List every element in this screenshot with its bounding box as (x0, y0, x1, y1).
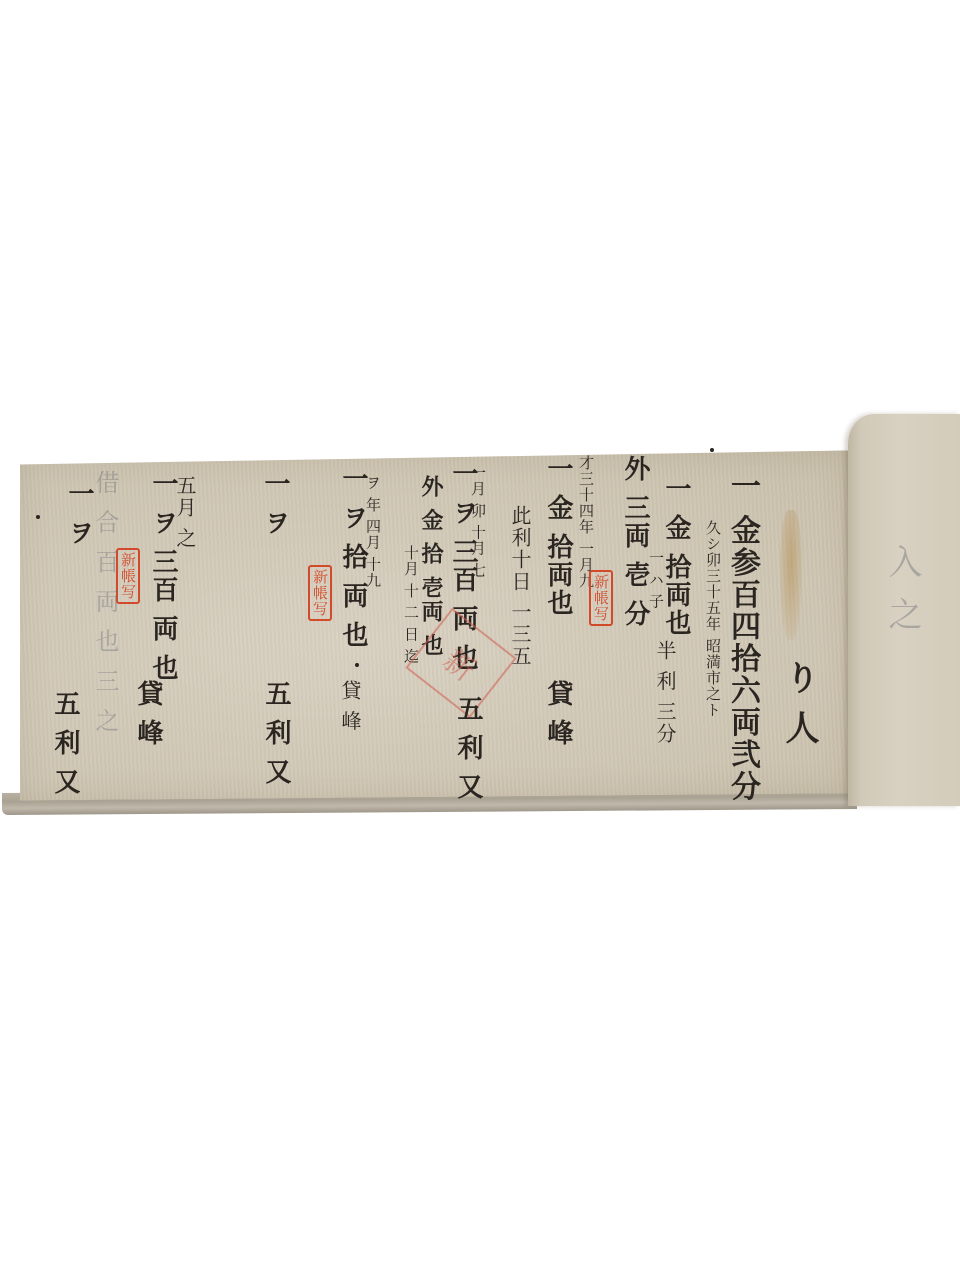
entry-1-note: 久シ卯三十五年 昭満市之ト (705, 520, 720, 718)
entry-4-note: 十月 十 二 日 迄 (403, 545, 418, 664)
entry-1-heading: 一 金参百四拾六両弐分 (727, 470, 757, 802)
entry-3-sub: 此利十日 一三五 (510, 505, 530, 667)
bleedthrough-text: 借 合 百 両 也 三 之 (88, 470, 123, 736)
facing-page-bleedthrough: 入 之 (878, 544, 927, 635)
entry-7-heading: 一 ヲ 三百 両 也 (150, 470, 176, 682)
ink-dot (36, 515, 40, 519)
ledger-book: 入 之 一 金参百四拾六両弐分 久シ卯三十五年 昭満市之ト り 人 一 金 拾両… (0, 0, 960, 1280)
entry-6-heading: 一 ヲ (262, 470, 288, 537)
entry-1-side: り 人 (782, 660, 816, 746)
entry-4-side: 五 利 又 (455, 695, 481, 801)
seal-shinchou-utsushi-right: 新帳写 (589, 570, 613, 626)
ink-dot (710, 448, 714, 452)
entry-3-heading: 一 金 拾両也 (545, 455, 571, 617)
seal-shinchou-utsushi-middle: 新帳写 (308, 565, 332, 621)
entry-5-side: 貸 峰 (340, 680, 360, 732)
curled-facing-page: 入 之 (848, 414, 960, 806)
ink-dot (355, 663, 359, 667)
entry-5-heading: 一 ヲ 拾 両 也 (340, 465, 366, 649)
entry-2-heading: 一 金 拾両也 (663, 475, 689, 637)
entry-2-detail: 外 三両 壱 分 (622, 455, 648, 628)
entry-7-date: 五月 之 (175, 475, 195, 549)
entry-2-side: 半 利 三分 (655, 640, 675, 745)
entry-8-side: 五 利 又 (52, 690, 78, 796)
entry-6-side: 五 利 又 (263, 680, 289, 786)
entry-3-date: 才三十四年 一月九 (578, 455, 593, 589)
entry-7-side: 貸 峰 (135, 680, 161, 747)
entry-2-note: 一 ハ 子 (648, 550, 663, 610)
entry-3-side: 貸 峰 (545, 680, 571, 747)
water-stain (780, 510, 802, 640)
